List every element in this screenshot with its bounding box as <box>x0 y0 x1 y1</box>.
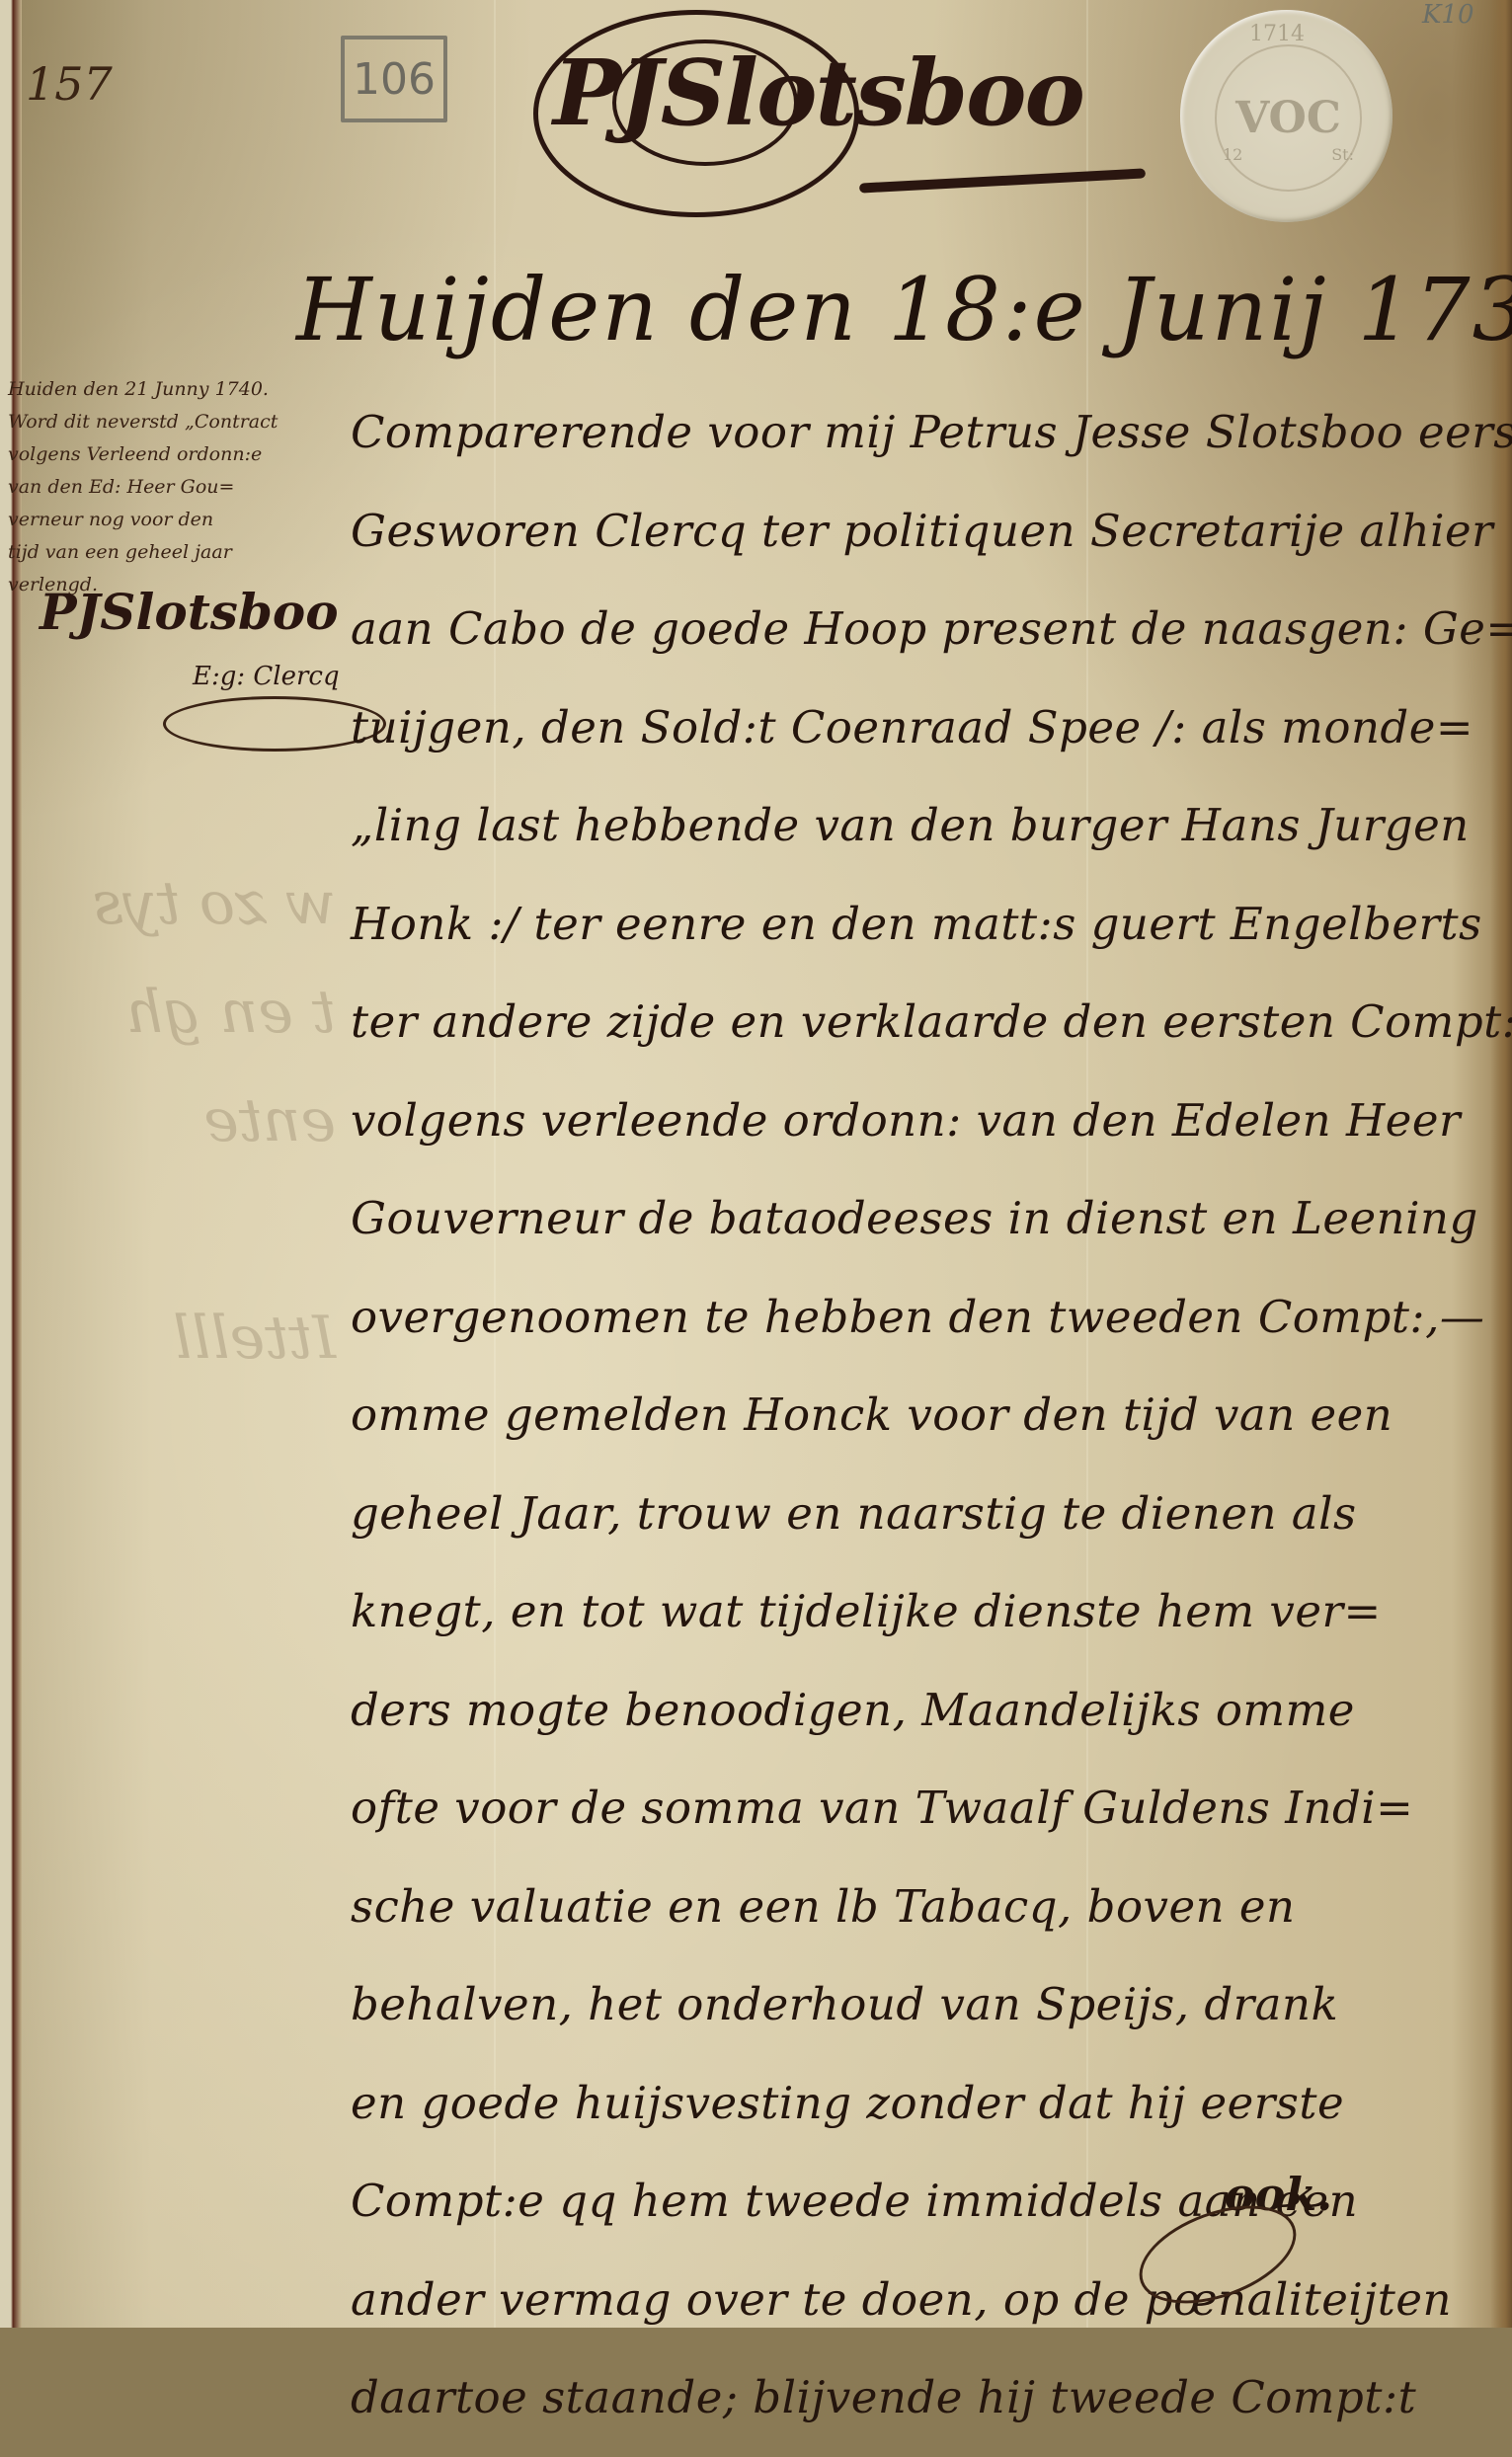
body-line: omme gemelden Honck voor den tijd van ee… <box>351 1376 1486 1474</box>
seal-inner-ring: 12 VOC St: <box>1215 44 1362 192</box>
body-line: knegt, en tot wat tijdelijke dienste hem… <box>351 1572 1486 1671</box>
margin-signature: PJSlotsboo <box>40 583 339 641</box>
margin-note-line: Huiden den 21 Junny 1740. <box>8 373 363 406</box>
body-line: Honk :/ ter eenre en den matt:s guert En… <box>351 885 1486 984</box>
margin-note-line: tijd van een geheel jaar <box>8 536 363 569</box>
margin-note: Huiden den 21 Junny 1740. Word dit never… <box>8 373 363 601</box>
date-heading: Huijden den 18:e Junij 1739:– <box>296 259 1512 360</box>
page-left-edge <box>0 0 22 2328</box>
contract-body: Comparerende voor mij Petrus Jesse Slots… <box>351 393 1486 2328</box>
body-line: „ling last hebbende van den burger Hans … <box>351 786 1486 885</box>
body-line: ofte voor de somma van Twaalf Guldens In… <box>351 1769 1486 1867</box>
margin-signature-title: E:g: Clercq <box>193 662 340 691</box>
margin-note-line: Word dit neverstd „Contract <box>8 406 363 438</box>
margin-note-line: verneur nog voor den <box>8 504 363 536</box>
margin-note-line: van den Ed: Heer Gou= <box>8 471 363 504</box>
body-line: behalven, het onderhoud van Speijs, dran… <box>351 1965 1486 2064</box>
voc-embossed-seal-icon: 1714 12 VOC St: <box>1180 10 1393 222</box>
seal-monogram: VOC <box>1235 97 1341 140</box>
bleed-through-text: w zo tyst en ghente Ittelll <box>30 849 336 1392</box>
heading-underline <box>859 168 1146 193</box>
body-line: ter andere zijde en verklaarde den eerst… <box>351 983 1486 1081</box>
folio-number: 157 <box>26 57 113 111</box>
body-line: geheel Jaar, trouw en naarstig te dienen… <box>351 1474 1486 1573</box>
body-line: en goede huijsvesting zonder dat hij eer… <box>351 2064 1486 2163</box>
top-right-mark: K10 <box>1422 0 1474 30</box>
manuscript-page: 157 106 K10 PJSlotsboo 1714 12 VOC St: H… <box>0 0 1512 2328</box>
body-line: sche valuatie en een lb Tabacq, boven en <box>351 1867 1486 1966</box>
body-line: Gesworen Clercq ter politiquen Secretari… <box>351 492 1486 591</box>
body-line: aan Cabo de goede Hoop present de naasge… <box>351 590 1486 688</box>
archive-stamp: 106 <box>341 36 447 122</box>
body-line: ander vermag over te doen, op de pœnalit… <box>351 2260 1486 2329</box>
seal-left-mark: 12 <box>1223 145 1242 164</box>
seal-right-mark: St: <box>1331 145 1354 164</box>
seal-year: 1714 <box>1249 22 1305 46</box>
body-line: tuijgen, den Sold:t Coenraad Spee /: als… <box>351 688 1486 787</box>
heading-signature: PJSlotsboo <box>553 40 1083 146</box>
body-line: overgenoomen te hebben den tweeden Compt… <box>351 1278 1486 1377</box>
margin-note-line: volgens Verleend ordonn:e <box>8 438 363 471</box>
body-line: Gouverneur de bataodeeses in dienst en L… <box>351 1179 1486 1278</box>
body-line: ders mogte benoodigen, Maandelijks omme <box>351 1671 1486 1770</box>
archive-stamp-number: 106 <box>353 54 436 105</box>
body-line: Comparerende voor mij Petrus Jesse Slots… <box>351 393 1486 492</box>
body-line: volgens verleende ordonn: van den Edelen… <box>351 1081 1486 1180</box>
